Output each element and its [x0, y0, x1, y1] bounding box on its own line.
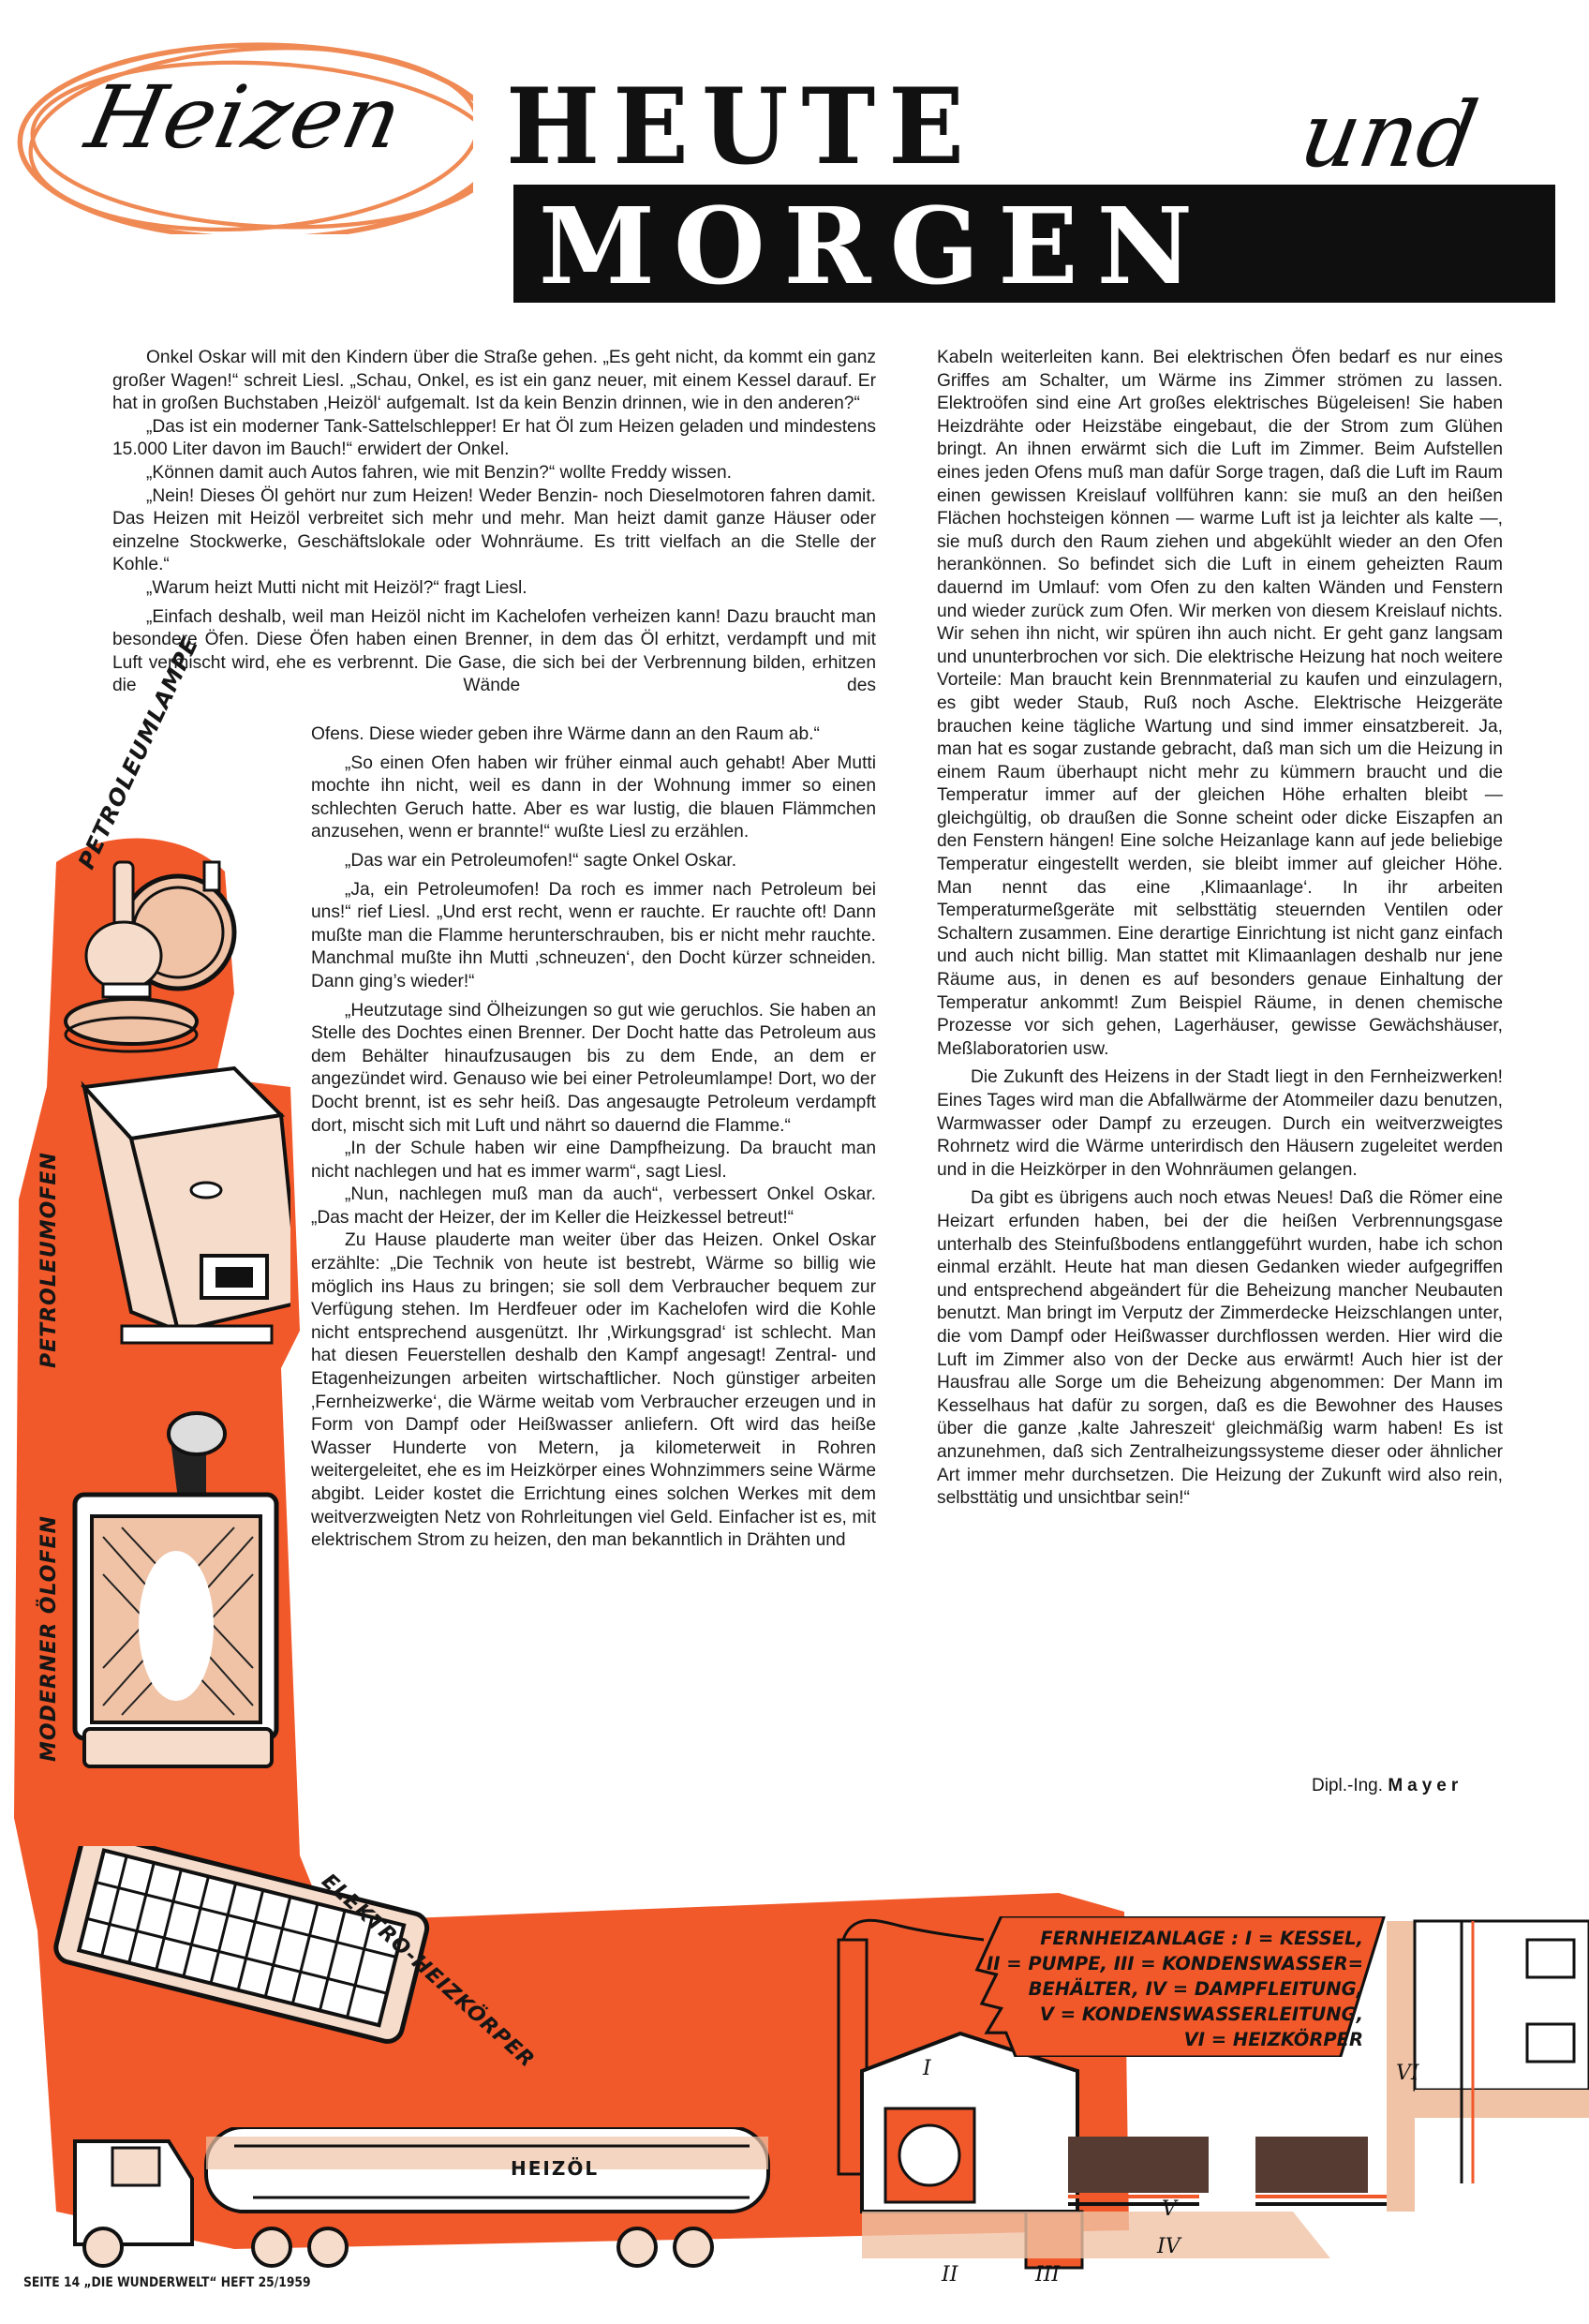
- paragraph: „Können damit auch Autos fahren, wie mit…: [112, 462, 876, 485]
- marker-pump: II: [942, 2263, 958, 2287]
- author-name: Mayer: [1388, 1776, 1463, 1795]
- author-signature: Dipl.-Ing. Mayer: [1312, 1776, 1463, 1796]
- paragraph: Ofens. Diese wieder geben ihre Wärme dan…: [311, 723, 876, 747]
- label-petroleum-stove: PETROLEUMOFEN: [37, 1152, 61, 1368]
- article-right: Kabeln weiterleiten kann. Bei elektrisch…: [937, 347, 1503, 1511]
- article-left-top: Onkel Oskar will mit den Kindern über di…: [112, 347, 876, 698]
- article-left-bottom: Ofens. Diese wieder geben ihre Wärme dan…: [311, 723, 876, 1553]
- petroleum-lamp-icon: [56, 843, 244, 1059]
- label-oil-stove: MODERNER ÖLOFEN: [37, 1515, 61, 1762]
- paragraph: „Das ist ein moderner Tank-Sattelschlepp…: [112, 416, 876, 462]
- paragraph: Die Zukunft des Heizens in der Stadt lie…: [937, 1066, 1503, 1182]
- oil-stove-icon: [66, 1406, 290, 1780]
- legend-line: BEHÄLTER, IV = DAMPFLEITUNG,: [960, 1976, 1363, 2002]
- title-morgen: MORGEN: [539, 195, 1211, 300]
- marker-condensate-pipe: V: [1162, 2197, 1177, 2221]
- marker-tank: III: [1035, 2263, 1060, 2287]
- petroleum-stove-icon: [66, 1050, 290, 1359]
- paragraph: „Einfach deshalb, weil man Heizöl nicht …: [112, 606, 876, 698]
- paragraph: Da gibt es übrigens auch noch etwas Neue…: [937, 1187, 1503, 1510]
- title-script-word: Heizen: [79, 67, 411, 168]
- marker-boiler: I: [923, 2057, 931, 2080]
- paragraph: „Ja, ein Petroleumofen! Da roch es immer…: [311, 879, 876, 994]
- paragraph: „Warum heizt Mutti nicht mit Heizöl?“ fr…: [112, 577, 876, 601]
- legend-line: V = KONDENSWASSERLEITUNG,: [960, 2002, 1363, 2027]
- legend-line: FERNHEIZANLAGE : I = KESSEL,: [960, 1926, 1363, 1951]
- paragraph: „In der Schule haben wir eine Dampfheizu…: [311, 1138, 876, 1184]
- label-truck-tank: HEIZÖL: [511, 2157, 599, 2180]
- paragraph: „Das war ein Petroleumofen!“ sagte Onkel…: [311, 850, 876, 873]
- paragraph: „Nein! Dieses Öl gehört nur zum Heizen! …: [112, 485, 876, 577]
- legend-line: VI = HEIZKÖRPER: [960, 2027, 1363, 2052]
- paragraph: „Heutzutage sind Ölheizungen so gut wie …: [311, 1000, 876, 1139]
- marker-radiator: VI: [1396, 2062, 1419, 2085]
- legend-line: II = PUMPE, III = KONDENSWASSER=: [960, 1951, 1363, 1976]
- marker-steam-pipe: IV: [1157, 2235, 1181, 2258]
- paragraph: Zu Hause plauderte man weiter über das H…: [311, 1229, 876, 1552]
- title-und: und: [1293, 82, 1485, 187]
- paragraph: Kabeln weiterleiten kann. Bei elektrisch…: [937, 347, 1503, 1061]
- tank-truck-icon: [56, 2127, 787, 2268]
- paragraph: „Nun, nachlegen muß man da auch“, verbes…: [311, 1184, 876, 1229]
- title-heute: HEUTE: [506, 74, 977, 178]
- headline: Heizen HEUTE und MORGEN: [0, 0, 1589, 328]
- author-title: Dipl.-Ing.: [1312, 1776, 1383, 1795]
- paragraph: „So einen Ofen haben wir früher einmal a…: [311, 752, 876, 844]
- diagram-legend: FERNHEIZANLAGE : I = KESSEL, II = PUMPE,…: [960, 1926, 1363, 2052]
- paragraph: Onkel Oskar will mit den Kindern über di…: [112, 347, 876, 416]
- page-footer: SEITE 14 „DIE WUNDERWELT“ HEFT 25/1959: [23, 2275, 311, 2290]
